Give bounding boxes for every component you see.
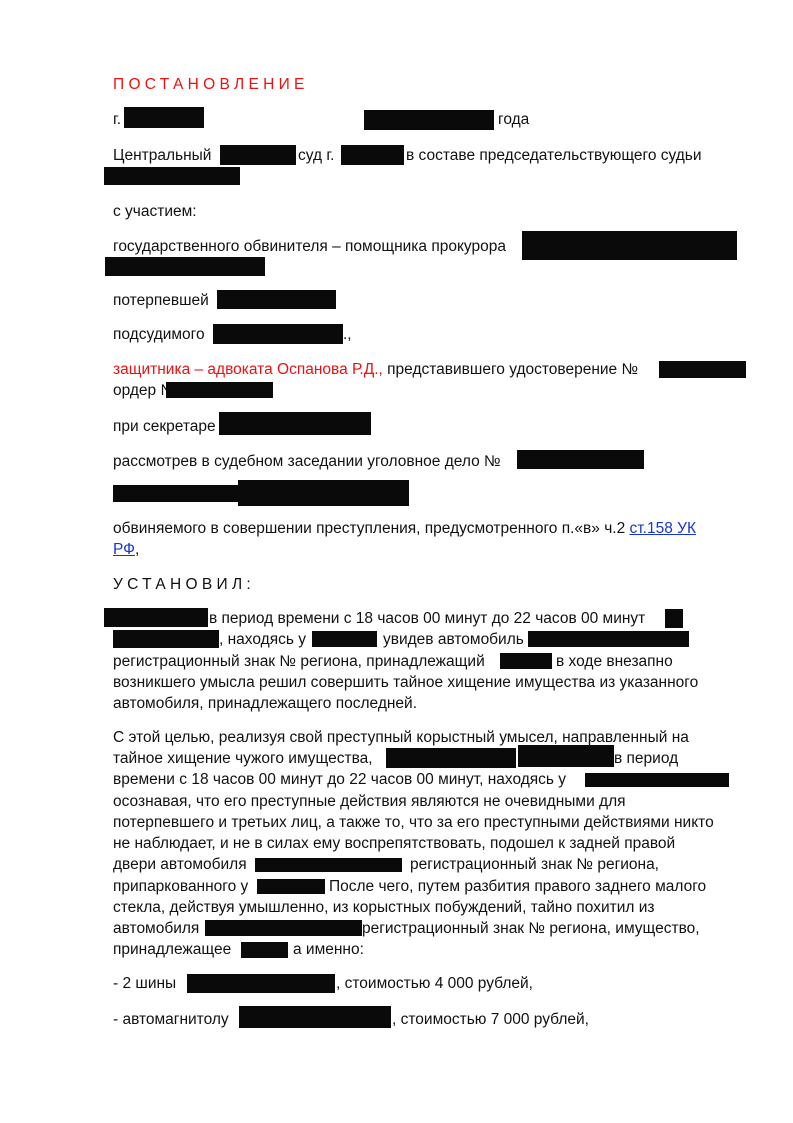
p2-line8b: После чего, путем разбития правого задне… — [329, 876, 706, 897]
redaction-name-2 — [238, 480, 409, 506]
defender-certificate: представившего удостоверение № — [383, 361, 638, 378]
redaction-case — [517, 450, 644, 469]
p2-line4: осознавая, что его преступные действия я… — [113, 791, 626, 812]
p1-line2a: , находясь у — [219, 629, 306, 650]
redaction-item-1 — [187, 974, 335, 993]
p2-line2b: в период — [614, 748, 678, 769]
document-title: ПОСТАНОВЛЕНИЕ — [113, 74, 309, 95]
p1-line3a: регистрационный знак № региона, принадле… — [113, 651, 485, 672]
redaction-certificate — [659, 361, 746, 378]
p1-line4: возникшего умысла решил совершить тайное… — [113, 672, 698, 693]
date-suffix: года — [498, 109, 529, 130]
p2-line11b: а именно: — [293, 939, 364, 960]
charge-text: обвиняемого в совершении преступления, п… — [113, 520, 630, 537]
case-label: рассмотрев в судебном заседании уголовно… — [113, 451, 501, 472]
p2-line2a: тайное хищение чужого имущества, — [113, 748, 373, 769]
redaction-p2-b — [518, 745, 614, 767]
p1-line1: в период времени с 18 часов 00 минут до … — [209, 608, 645, 629]
participation-label: с участием: — [113, 201, 197, 222]
item-1-suffix: , стоимостью 4 000 рублей, — [336, 973, 533, 994]
redaction-p1-c — [113, 630, 219, 648]
p2-line5: потерпевшего и третьих лиц, а также то, … — [113, 812, 714, 833]
redaction-name-1 — [113, 485, 238, 502]
redaction-p2-e — [257, 879, 325, 894]
p2-line9: стекла, действуя умышленно, из корыстных… — [113, 897, 655, 918]
redaction-p1-d — [312, 631, 377, 647]
item-2-prefix: - автомагнитолу — [113, 1009, 229, 1030]
victim-label: потерпевшей — [113, 290, 209, 311]
court-part1: Центральный — [113, 145, 211, 166]
redaction-court-city — [341, 145, 404, 165]
redaction-victim — [217, 290, 336, 309]
established-heading: УСТАНОВИЛ: — [113, 574, 255, 595]
p1-line2b: увидев автомобиль — [383, 629, 524, 650]
court-part3: в составе председательствующего судьи — [406, 145, 702, 166]
defender-line: защитника – адвоката Оспанова Р.Д., пред… — [113, 359, 638, 380]
redaction-defendant — [213, 324, 343, 344]
redaction-p2-d — [255, 858, 402, 872]
redaction-prosecutor-2 — [105, 257, 265, 276]
redaction-date — [364, 110, 494, 130]
p2-line3: времени с 18 часов 00 минут до 22 часов … — [113, 769, 566, 790]
redaction-judge — [104, 167, 240, 185]
redaction-p1-a — [104, 608, 208, 627]
charge-end: , — [135, 541, 139, 558]
item-1-prefix: - 2 шины — [113, 973, 176, 994]
redaction-p1-e — [528, 631, 689, 647]
defendant-suffix: ., — [343, 324, 352, 345]
redaction-p1-b — [665, 609, 683, 628]
court-part2: суд г. — [298, 145, 334, 166]
redaction-city — [124, 107, 204, 128]
redaction-p2-g — [241, 942, 288, 958]
p2-line10a: автомобиля — [113, 918, 199, 939]
p1-line5: автомобиля, принадлежащего последней. — [113, 693, 417, 714]
redaction-court — [220, 145, 296, 165]
prosecutor-label: государственного обвинителя – помощника … — [113, 236, 506, 257]
defendant-label: подсудимого — [113, 324, 205, 345]
p2-line8a: припаркованного у — [113, 876, 248, 897]
redaction-secretary — [219, 412, 371, 435]
redaction-order — [166, 382, 273, 398]
p2-line7a: двери автомобиля — [113, 854, 247, 875]
redaction-p2-f — [205, 920, 362, 936]
p1-line3b: в ходе внезапно — [556, 651, 673, 672]
item-2-suffix: , стоимостью 7 000 рублей, — [392, 1009, 589, 1030]
city-prefix: г. — [113, 109, 121, 130]
defender-name: защитника – адвоката Оспанова Р.Д., — [113, 361, 383, 378]
redaction-p2-c — [585, 773, 729, 787]
redaction-item-2 — [239, 1006, 391, 1028]
p2-line10b: регистрационный знак № региона, имуществ… — [362, 918, 700, 939]
redaction-p1-f — [500, 653, 552, 669]
p2-line11a: принадлежащее — [113, 939, 231, 960]
p2-line6: не наблюдает, и не в силах ему воспрепят… — [113, 833, 675, 854]
secretary-label: при секретаре — [113, 416, 216, 437]
redaction-prosecutor — [522, 231, 737, 260]
p2-line7b: регистрационный знак № региона, — [410, 854, 659, 875]
redaction-p2-a — [386, 748, 516, 768]
charge-paragraph: обвиняемого в совершении преступления, п… — [113, 518, 723, 561]
